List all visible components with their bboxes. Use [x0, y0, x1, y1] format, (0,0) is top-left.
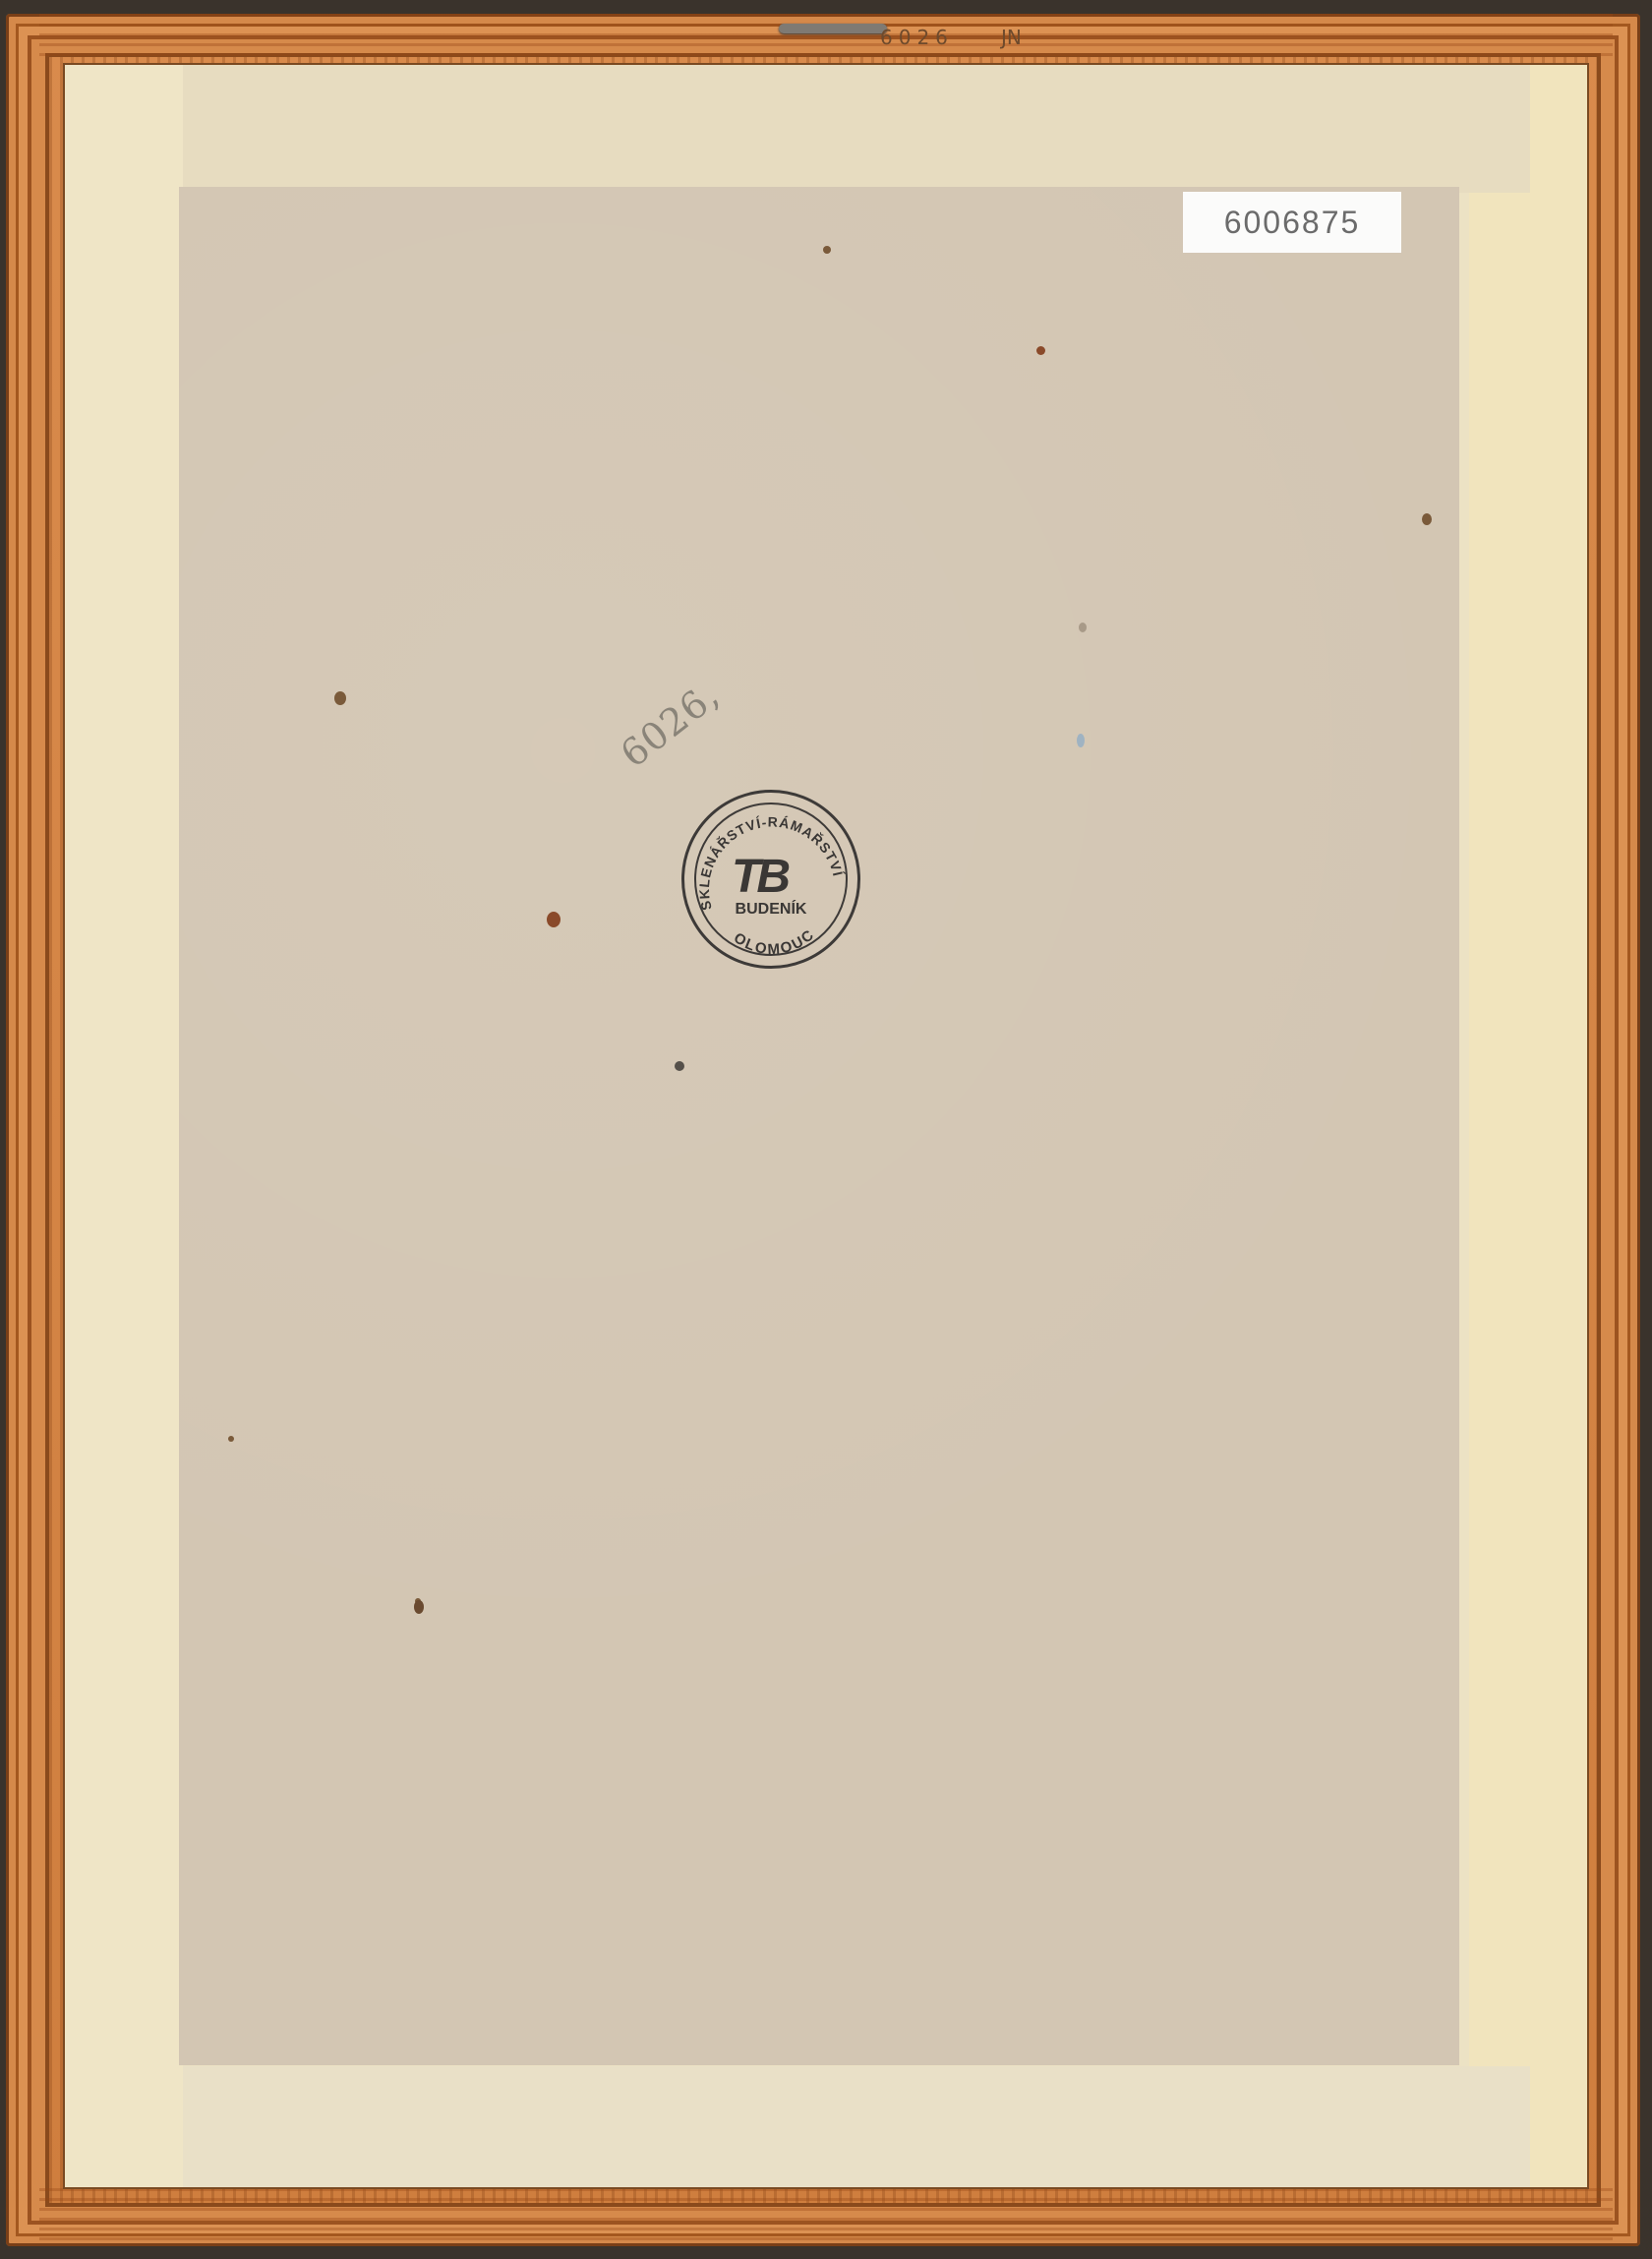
tape-strip-right — [1469, 65, 1587, 2187]
frame-top-grain — [39, 14, 1613, 63]
stain-spot — [228, 1436, 234, 1442]
inventory-number: 6006875 — [1224, 205, 1361, 241]
stamp-logo: TB — [732, 850, 787, 904]
stain-spot — [547, 912, 560, 927]
frame-pencil-number: 6026 — [880, 26, 954, 49]
stain-spot — [1036, 346, 1045, 355]
stamp-company-name: BUDENÍK — [684, 901, 857, 919]
stain-spot — [334, 691, 346, 705]
stain-spot — [414, 1600, 424, 1614]
stain-spot — [1422, 513, 1432, 525]
stain-spot — [675, 1061, 684, 1071]
framer-stamp: SKLENÁŘSTVÍ-RÁMAŘSTVÍ OLOMOUC TB BUDENÍK — [681, 790, 860, 969]
frame-nail — [779, 24, 887, 33]
inventory-sticker: 6006875 — [1183, 192, 1401, 253]
stain-spot — [1077, 734, 1085, 747]
cardboard-backing — [179, 187, 1459, 2065]
tape-strip-top — [183, 65, 1530, 193]
frame-bottom-grain — [39, 2188, 1613, 2242]
tape-strip-left — [65, 65, 183, 2187]
stain-spot — [823, 246, 831, 254]
svg-text:OLOMOUC: OLOMOUC — [731, 925, 818, 958]
stain-spot — [1079, 623, 1087, 632]
frame-pencil-initials: JN — [1001, 26, 1022, 49]
tape-strip-bottom — [183, 2066, 1530, 2187]
